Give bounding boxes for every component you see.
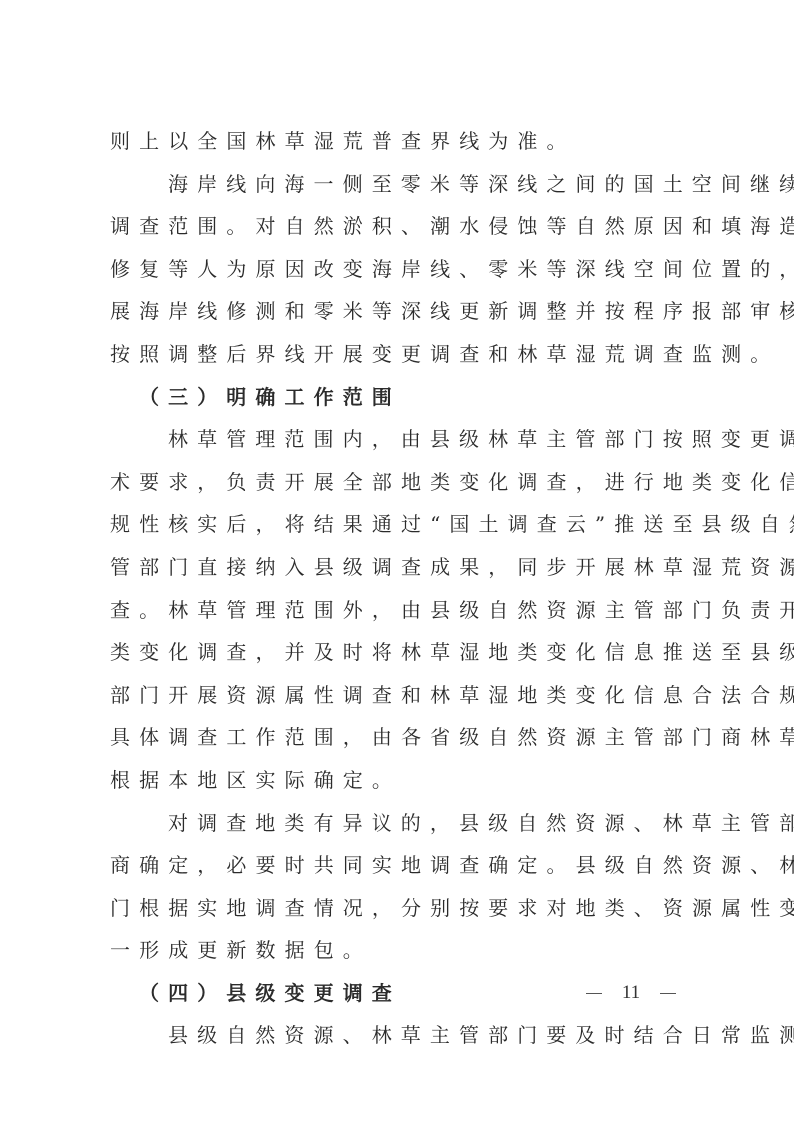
body-line-3: 调查范围。对自然淤积、潮水侵蚀等自然原因和填海造陆、生态 (110, 205, 694, 248)
body-line-8: 林草管理范围内，由县级林草主管部门按照变更调查相关技 (110, 418, 694, 461)
body-line-4: 修复等人为原因改变海岸线、零米等深线空间位置的，应及时开 (110, 248, 694, 291)
body-line-14: 部门开展资源属性调查和林草湿地类变化信息合法合规性核实。 (110, 674, 694, 717)
page-number-dash-left (586, 993, 602, 994)
body-line-20: 一形成更新数据包。 (110, 929, 694, 972)
body-line-6: 按照调整后界线开展变更调查和林草湿荒调查监测。 (110, 333, 694, 376)
body-line-9: 术要求，负责开展全部地类变化调查，进行地类变化信息合法合 (110, 461, 694, 504)
body-line-13: 类变化调查，并及时将林草湿地类变化信息推送至县级林草主管 (110, 631, 694, 674)
body-line-2: 海岸线向海一侧至零米等深线之间的国土空间继续纳入变更 (110, 163, 694, 206)
body-line-19: 门根据实地调查情况，分别按要求对地类、资源属性变化信息统 (110, 887, 694, 930)
body-line-15: 具体调查工作范围，由各省级自然资源主管部门商林草主管部门 (110, 716, 694, 759)
body-line-11: 管部门直接纳入县级调查成果，同步开展林草湿荒资源属性调 (110, 546, 694, 589)
body-line-1: 则上以全国林草湿荒普查界线为准。 (110, 120, 694, 163)
document-page: 则上以全国林草湿荒普查界线为准。 海岸线向海一侧至零米等深线之间的国土空间继续纳… (110, 120, 694, 1057)
body-line-12: 查。林草管理范围外，由县级自然资源主管部门负责开展全部地 (110, 589, 694, 632)
page-number-dash-right (660, 993, 676, 994)
section-heading-3: （三）明确工作范围 (110, 376, 694, 419)
body-line-16: 根据本地区实际确定。 (110, 759, 694, 802)
body-line-17: 对调查地类有异议的，县级自然资源、林草主管部门共同协 (110, 802, 694, 845)
body-line-22: 县级自然资源、林草主管部门要及时结合日常监测监管对地 (110, 1014, 694, 1057)
body-line-18: 商确定，必要时共同实地调查确定。县级自然资源、林草主管部 (110, 844, 694, 887)
page-number: 11 (586, 982, 676, 1004)
body-line-10: 规性核实后，将结果通过“国土调查云”推送至县级自然资源主 (110, 503, 694, 546)
page-number-value: 11 (622, 982, 640, 1004)
body-line-5: 展海岸线修测和零米等深线更新调整并按程序报部审核通过后， (110, 290, 694, 333)
